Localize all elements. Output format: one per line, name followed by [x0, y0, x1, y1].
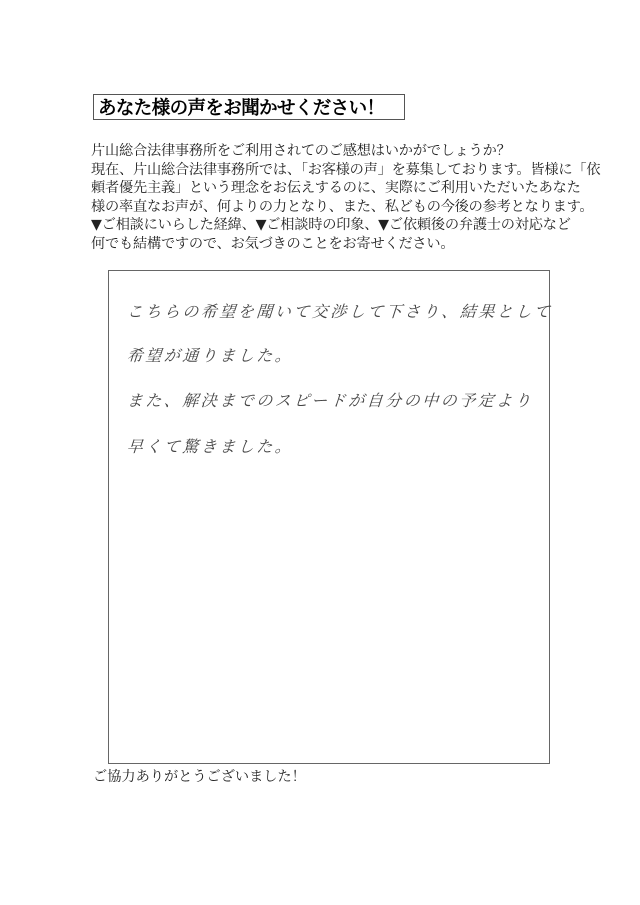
intro-line: 片山総合法律事務所をご利用されてのご感想はいかがでしょうか？ — [91, 142, 531, 161]
intro-paragraph: 片山総合法律事務所をご利用されてのご感想はいかがでしょうか？ 現在、片山総合法律… — [91, 142, 531, 254]
intro-line: 現在、片山総合法律事務所では、「お客様の声」を募集しております。皆様に「依 — [91, 161, 531, 180]
thank-you-note: ご協力ありがとうございました！ — [93, 766, 306, 786]
handwritten-line: また、解決までのスピードが自分の中の予定より — [126, 388, 534, 411]
intro-line: 何でも結構ですので、お気づきのことをお寄せください。 — [91, 235, 531, 254]
handwritten-line: こちらの希望を聞いて交渉して下さり、結果として — [126, 299, 553, 322]
title-banner: あなた様の声をお聞かせください！ — [93, 94, 405, 120]
handwritten-comment-box: こちらの希望を聞いて交渉して下さり、結果として 希望が通りました。 また、解決ま… — [108, 270, 550, 764]
handwritten-line: 希望が通りました。 — [126, 343, 294, 366]
page-title: あなた様の声をお聞かせください！ — [98, 94, 384, 120]
intro-line: 様の率直なお声が、何よりの力となり、また、私どもの今後の参考となります。 — [91, 198, 531, 217]
intro-line: 頼者優先主義」という理念をお伝えするのに、実際にご利用いただいたあなた — [91, 179, 531, 198]
intro-line: ▼ご相談にいらした経緯、▼ご相談時の印象、▼ご依頼後の弁護士の対応など — [91, 216, 531, 235]
handwritten-line: 早くて驚きました。 — [126, 434, 294, 457]
